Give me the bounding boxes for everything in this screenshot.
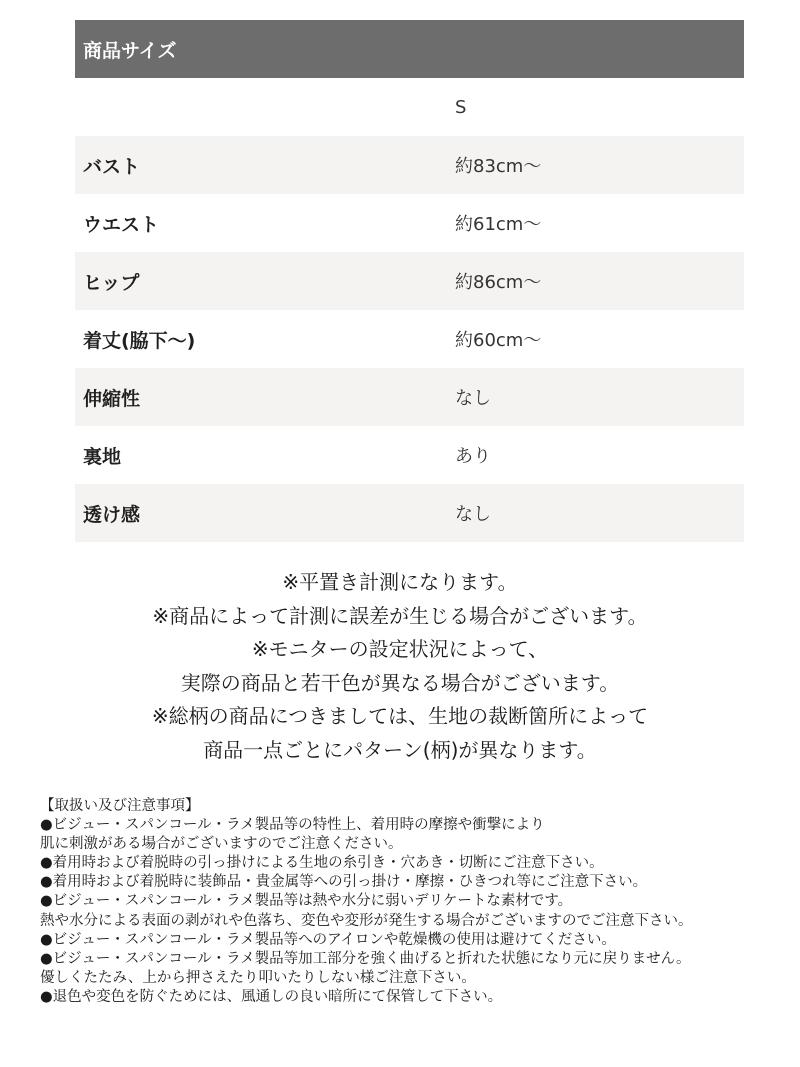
- care-line: 優しくたたみ、上から押さえたり叩いたりしない様ご注意下さい。: [40, 969, 693, 988]
- table-row-waist: ウエスト 約61cm〜: [75, 194, 744, 252]
- table-row-hip: ヒップ 約86cm〜: [75, 252, 744, 310]
- note-line: ※総柄の商品につきましては、生地の裁断箇所によって: [0, 700, 800, 734]
- care-line: ●ビジュー・スパンコール・ラメ製品等へのアイロンや乾燥機の使用は避けてください。: [40, 931, 693, 950]
- care-line: ●退色や変色を防ぐためには、風通しの良い暗所にて保管して下さい。: [40, 988, 693, 1007]
- care-line: 熱や水分による表面の剥がれや色落ち、変色や変形が発生する場合がございますのでご注…: [40, 912, 693, 931]
- note-line: ※平置き計測になります。: [0, 566, 800, 600]
- row-value: 約83cm〜: [447, 152, 541, 178]
- size-column-row: S: [75, 78, 744, 136]
- row-value: なし: [447, 384, 491, 410]
- care-line: ●着用時および着脱時の引っ掛けによる生地の糸引き・穴あき・切断にご注意下さい。: [40, 854, 693, 873]
- care-line: 肌に刺激がある場合がございますのでご注意ください。: [40, 835, 693, 854]
- table-title: 商品サイズ: [83, 36, 176, 63]
- table-row-bust: バスト 約83cm〜: [75, 136, 744, 194]
- measurement-notes: ※平置き計測になります。 ※商品によって計測に誤差が生じる場合がございます。 ※…: [0, 566, 800, 767]
- care-line: ●ビジュー・スパンコール・ラメ製品等加工部分を強く曲げると折れた状態になり元に戻…: [40, 950, 693, 969]
- row-label: ヒップ: [75, 268, 447, 295]
- note-line: ※モニターの設定状況によって、: [0, 633, 800, 667]
- row-label: バスト: [75, 152, 447, 179]
- row-value: 約86cm〜: [447, 268, 541, 294]
- row-label: 着丈(脇下〜): [75, 326, 447, 353]
- size-table: 商品サイズ S バスト 約83cm〜 ウエスト 約61cm〜 ヒップ 約86cm…: [75, 20, 744, 542]
- care-notes-title: 【取扱い及び注意事項】: [40, 797, 693, 816]
- row-value: 約60cm〜: [447, 326, 541, 352]
- table-header: 商品サイズ: [75, 20, 744, 78]
- care-line: ●ビジュー・スパンコール・ラメ製品等の特性上、着用時の摩擦や衝撃により: [40, 816, 693, 835]
- row-value: 約61cm〜: [447, 210, 541, 236]
- table-row-length: 着丈(脇下〜) 約60cm〜: [75, 310, 744, 368]
- row-label: 裏地: [75, 442, 447, 469]
- care-notes: 【取扱い及び注意事項】 ●ビジュー・スパンコール・ラメ製品等の特性上、着用時の摩…: [40, 797, 693, 1007]
- care-line: ●着用時および着脱時に装飾品・貴金属等への引っ掛け・摩擦・ひきつれ等にご注意下さ…: [40, 873, 693, 892]
- care-line: ●ビジュー・スパンコール・ラメ製品等は熱や水分に弱いデリケートな素材です。: [40, 892, 693, 911]
- table-row-sheerness: 透け感 なし: [75, 484, 744, 542]
- note-line: 実際の商品と若干色が異なる場合がございます。: [0, 667, 800, 701]
- row-label: 透け感: [75, 500, 447, 527]
- table-row-stretch: 伸縮性 なし: [75, 368, 744, 426]
- note-line: ※商品によって計測に誤差が生じる場合がございます。: [0, 600, 800, 634]
- table-row-lining: 裏地 あり: [75, 426, 744, 484]
- row-value: あり: [447, 442, 491, 468]
- size-column-value: S: [447, 97, 466, 118]
- row-value: なし: [447, 500, 491, 526]
- note-line: 商品一点ごとにパターン(柄)が異なります。: [0, 734, 800, 768]
- row-label: 伸縮性: [75, 384, 447, 411]
- row-label: ウエスト: [75, 210, 447, 237]
